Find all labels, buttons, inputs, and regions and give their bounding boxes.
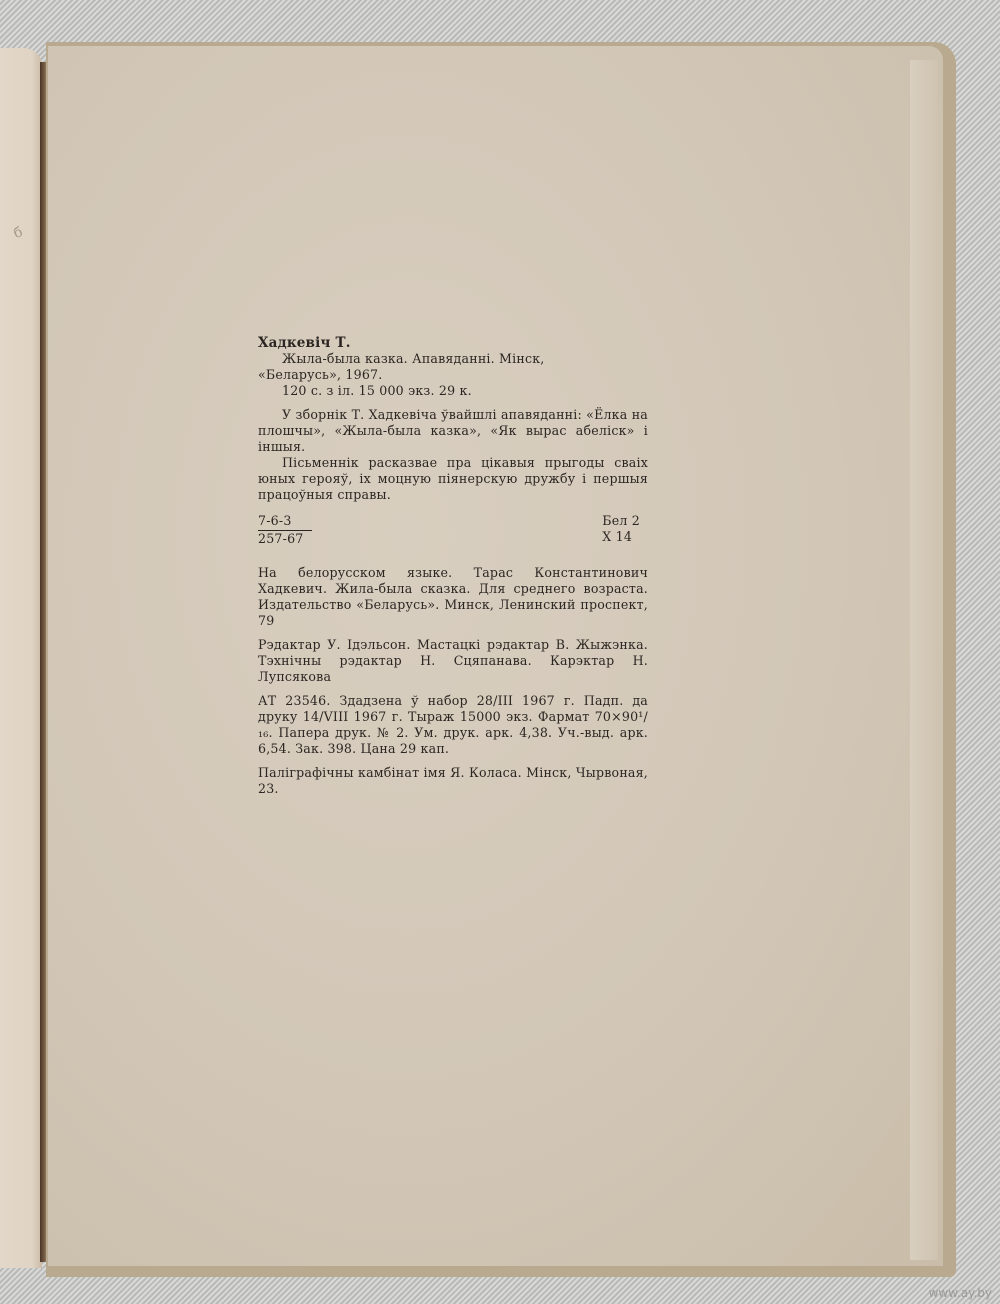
page-right-edge bbox=[910, 60, 938, 1260]
imprint-text-block: Хадкевіч Т. Жыла-была казка. Апавяданні.… bbox=[258, 335, 648, 797]
title-line: Жыла-была казка. Апавяданні. Мінск, bbox=[258, 351, 648, 367]
russian-note: На белорусском языке. Тарас Константинов… bbox=[258, 565, 648, 629]
classification-2: Х 14 bbox=[602, 529, 640, 545]
author-heading: Хадкевіч Т. bbox=[258, 335, 648, 351]
classification-1: Бел 2 bbox=[602, 513, 640, 529]
physical-description: 120 с. з іл. 15 000 экз. 29 к. bbox=[258, 383, 648, 399]
fraction-bottom: 257-67 bbox=[258, 531, 312, 547]
print-details: АТ 23546. Здадзена ў набор 28/III 1967 г… bbox=[258, 693, 648, 757]
publisher-line: «Беларусь», 1967. bbox=[258, 367, 648, 383]
printer-info: Паліграфічны камбінат імя Я. Коласа. Мін… bbox=[258, 765, 648, 797]
editors-credits: Рэдактар У. Ідэльсон. Мастацкі рэдактар … bbox=[258, 637, 648, 685]
annotation-paragraph-2: Пісьменнік расказвае пра цікавыя прыгоды… bbox=[258, 455, 648, 503]
watermark: www.ay.by bbox=[929, 1286, 992, 1300]
library-codes: Бел 2 Х 14 bbox=[602, 513, 640, 547]
fraction-top: 7-6-3 bbox=[258, 513, 312, 531]
index-fraction: 7-6-3 257-67 bbox=[258, 513, 312, 547]
annotation-paragraph-1: У зборнік Т. Хадкевіча ўвайшлі апавяданн… bbox=[258, 407, 648, 455]
classification-codes: 7-6-3 257-67 Бел 2 Х 14 bbox=[258, 513, 648, 547]
